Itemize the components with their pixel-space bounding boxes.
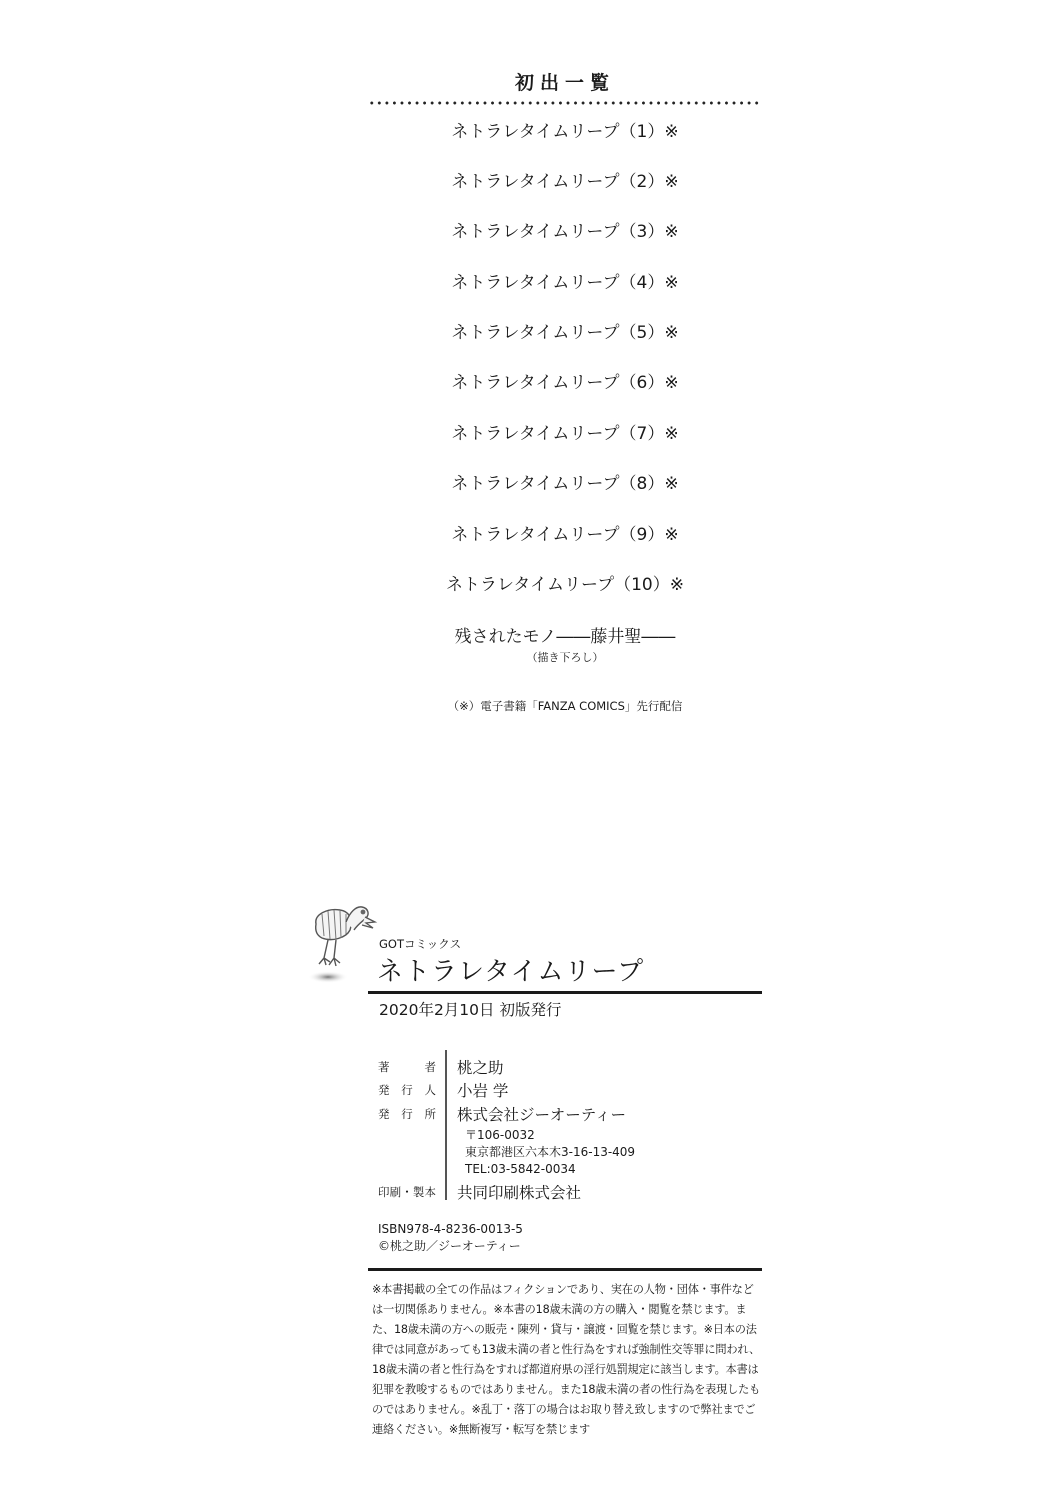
footnote: （※）電子書籍「FANZA COMICS」先行配信 (368, 698, 762, 714)
credit-value: 小岩 学 (457, 1079, 508, 1101)
postal-code: 〒106-0032 (465, 1127, 535, 1143)
chapter-entry: ネトラレタイムリープ（2）※ (368, 170, 762, 194)
legal-disclaimer: ※本書掲載の全ての作品はフィクションであり、実在の人物・団体・事件などは一切関係… (372, 1280, 762, 1440)
bottom-rule (368, 1268, 762, 1271)
copyright: ©桃之助／ジーオーティー (378, 1238, 521, 1254)
credit-label: 印刷・製本 (378, 1184, 436, 1200)
first-appearances-title: 初出一覧 (368, 68, 762, 95)
credits-divider (445, 1050, 447, 1200)
phone: TEL:03-5842-0034 (465, 1161, 576, 1177)
publication-date: 2020年2月10日 初版発行 (379, 999, 561, 1021)
credit-value: 桃之助 (457, 1056, 504, 1078)
address: 東京都港区六本木3-16-13-409 (465, 1144, 635, 1160)
credit-label: 発行人 (378, 1082, 436, 1098)
credit-value: 株式会社ジーオーティー (457, 1103, 626, 1125)
chapter-entry: ネトラレタイムリープ（4）※ (368, 271, 762, 295)
chapter-entry: ネトラレタイムリープ（7）※ (368, 422, 762, 446)
extra-story-note: （描き下ろし） (368, 650, 762, 666)
book-title: ネトラレタイムリープ (377, 956, 644, 988)
bird-icon (306, 902, 378, 986)
chapter-entry: ネトラレタイムリープ（1）※ (368, 120, 762, 144)
credit-value: 共同印刷株式会社 (457, 1181, 581, 1203)
isbn: ISBN978-4-8236-0013-5 (378, 1221, 523, 1237)
chapter-entry: ネトラレタイムリープ（8）※ (368, 472, 762, 496)
chapter-entry: ネトラレタイムリープ（5）※ (368, 321, 762, 345)
chapter-entry: ネトラレタイムリープ（3）※ (368, 220, 762, 244)
chapter-entry: ネトラレタイムリープ（10）※ (368, 573, 762, 597)
chapter-entry: ネトラレタイムリープ（9）※ (368, 523, 762, 547)
title-rule (368, 991, 762, 994)
extra-story-entry: 残されたモノ――藤井聖―― (368, 625, 762, 649)
series-label: GOTコミックス (379, 936, 461, 952)
credit-label: 著 者 (378, 1059, 436, 1075)
dotted-divider (368, 101, 762, 105)
chapter-entry: ネトラレタイムリープ（6）※ (368, 371, 762, 395)
credit-label: 発行所 (378, 1106, 436, 1122)
